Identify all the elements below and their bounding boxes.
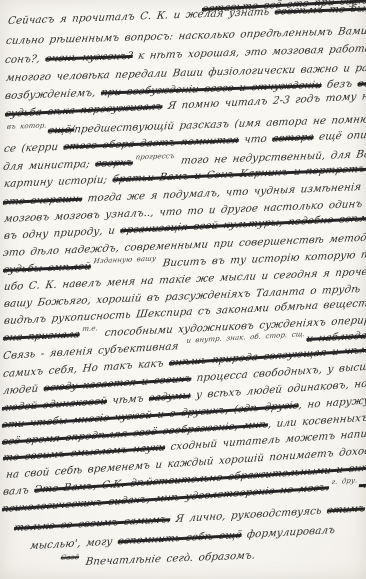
handwritten-text: мыслью', могу	[29, 535, 118, 552]
handwritten-text: формулировалъ	[241, 524, 336, 541]
struck-text: только со своимъ самимъ.	[13, 513, 171, 534]
inserted-text: Изданную вашу	[93, 255, 156, 266]
struck-text: ещё/	[47, 124, 75, 137]
manuscript-line-content: Сейчасъ я прочиталъ С. К. и желая узнать…	[7, 1, 366, 28]
inserted-text: т.е.	[82, 324, 99, 333]
handwritten-text: Я лично, руководствуясь	[170, 504, 328, 525]
handwritten-text: Впечатлѣніе сегò. образомъ.	[79, 549, 256, 568]
struck-text: это вчерашн.	[2, 193, 83, 208]
handwritten-text: возбужденіемъ,	[4, 87, 102, 102]
struck-text: Ага,	[358, 477, 366, 491]
struck-text: людей одинаковой	[1, 395, 107, 414]
handwritten-text: Сейчасъ я прочиталъ С. К. и желая узнать	[7, 6, 275, 27]
handwritten-text: для министра;	[2, 158, 96, 173]
struck-text: сверхъ	[94, 156, 133, 169]
handwritten-text: валъ	[2, 484, 35, 498]
handwritten-text: , или косвенныхъ	[267, 412, 366, 431]
struck-text: автора	[271, 131, 314, 145]
struck-text: и наблюдать	[306, 329, 366, 345]
manuscript-line: Сейчасъ я прочиталъ С. К. и желая узнать…	[8, 1, 366, 28]
handwritten-text: картину исторіи;	[3, 173, 113, 190]
manuscript-line-content: Своё Впечатлѣніе сегò. образомъ.	[57, 549, 256, 571]
handwritten-text: се (керри	[3, 141, 64, 155]
inserted-text: г. дру.	[331, 476, 358, 486]
handwritten-text: чѣмъ	[106, 392, 149, 407]
manuscript-line: Своё Впечатлѣніе сегò. образомъ.	[58, 549, 256, 571]
handwritten-text: что	[238, 133, 273, 146]
struck-text: она признала	[2, 328, 80, 344]
handwritten-text: сонъ?,	[4, 53, 46, 66]
handwritten-text: въ одну природу, и	[3, 224, 121, 242]
inserted-text: прогрессъ	[135, 152, 175, 161]
inserted-text: Своё	[60, 553, 79, 562]
handwritten-text: , но наружу	[298, 395, 366, 412]
struck-text: вспомнить себѣ ещё	[117, 529, 242, 548]
struck-text: этимъ	[326, 502, 365, 516]
handwritten-text: людей	[2, 382, 44, 397]
manuscript-page: 5 оставьте всё это при себѣ да и всѣ быт…	[0, 0, 366, 579]
struck-text: очень нуженъ?	[45, 50, 134, 65]
struck-text: судьба вѣка пересуживалъ	[4, 100, 163, 120]
struck-text: особаго	[357, 76, 366, 90]
handwritten-text: ещё описывалъ.	[313, 127, 366, 143]
handwritten-text: безъ	[321, 78, 359, 91]
inserted-text: въ котор.	[6, 121, 47, 130]
struck-text: судьбы смѣлой	[2, 260, 91, 276]
struck-text: задумы	[148, 389, 191, 404]
